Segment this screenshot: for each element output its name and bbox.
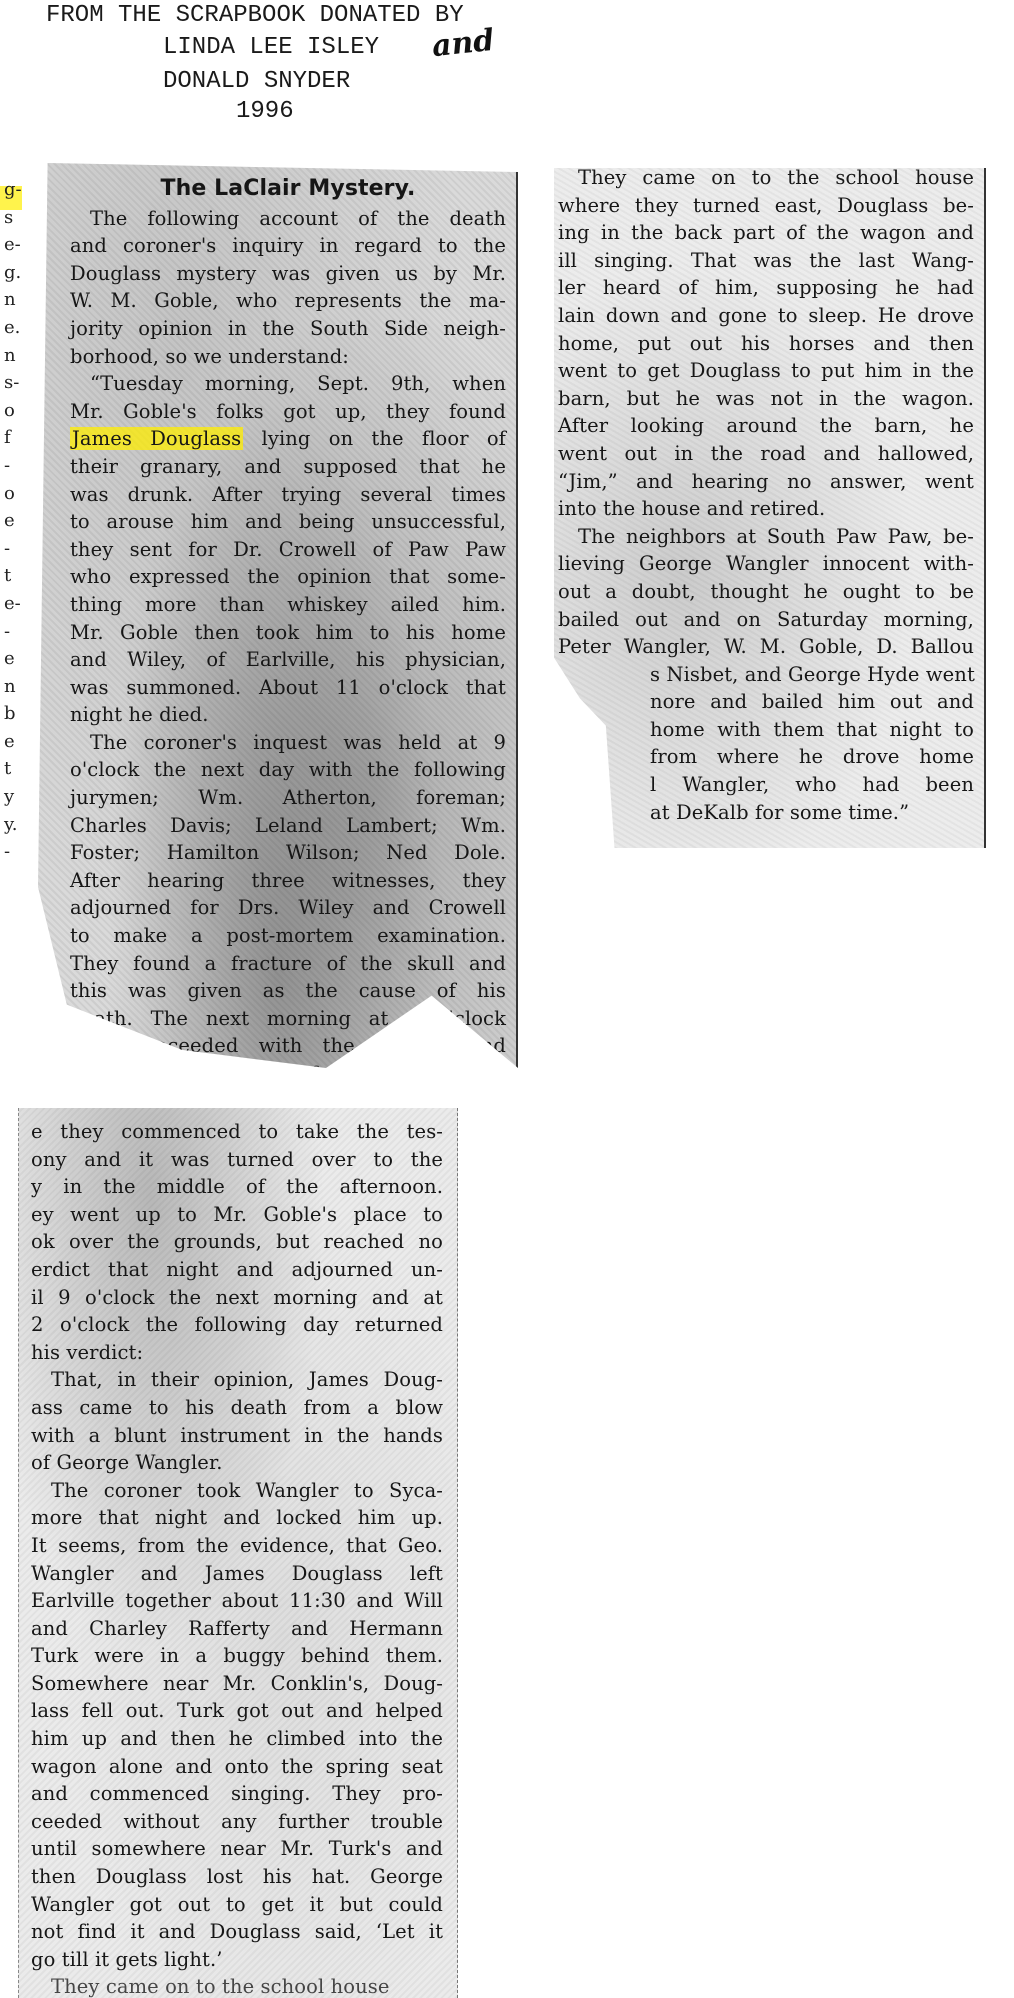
text-line: The coroner took Wangler to Syca- [31,1477,443,1505]
text-line: this was given as the cause of his [70,977,506,1005]
text-line: thing more than whiskey ailed him. [70,591,506,619]
header-line-3: DONALD SNYDER [163,68,350,96]
header-line-1: FROM THE SCRAPBOOK DONATED BY [46,2,464,30]
text-line: They came on to the school house [558,164,974,192]
edge-fragment: - [4,838,26,866]
clipping-column-2: They came on to the school housewhere th… [554,168,986,848]
text-line: “Jim,” and hearing no answer, went [558,468,974,496]
edge-fragment: n [4,673,26,701]
text-line: was summoned. About 11 o'clock that [70,674,506,702]
text-line: Foster; Hamilton Wilson; Ned Dole. [70,839,506,867]
text-line: erdict that night and adjourned un- [31,1256,443,1284]
text-line: Wangler and James Douglass left [31,1560,443,1588]
text-line: ok over the grounds, but reached no [31,1228,443,1256]
text-line: ill singing. That was the last Wang- [558,247,974,275]
text-line: and Charley Rafferty and Hermann [31,1615,443,1643]
edge-fragment: g- [4,176,26,204]
edge-fragment: y. [4,811,26,839]
edge-fragment: e [4,728,26,756]
text-line: not find it and Douglass said, ‘Let it [31,1918,443,1946]
text-line: e they commenced to take the tes- [31,1118,443,1146]
text-line: They found a fracture of the skull and [70,950,506,978]
text-line: to arouse him and being unsuccessful, [70,508,506,536]
edge-fragment: g. [4,259,26,287]
text-line: lieving George Wangler innocent with- [558,550,974,578]
edge-fragment: y [4,783,26,811]
article-column-1-bottom: e they commenced to take the tes-ony and… [31,1118,443,1998]
edge-fragment: e- [4,231,26,259]
handwritten-annotation: and [431,27,496,61]
clipping-column-1-top: The LaClair Mystery. The following accou… [38,163,518,1068]
edge-fragment: b [4,700,26,728]
text-line: ony and it was turned over to the [31,1146,443,1174]
text-line: They came on to the school house [31,1973,443,1998]
text-line: home with them that night to [558,716,974,744]
text-line: The coroner's inquest was held at 9 [70,729,506,757]
text-line: Turk were in a buggy behind them. [31,1642,443,1670]
text-line: adjourned for Drs. Wiley and Crowell [70,894,506,922]
text-line: they sent for Dr. Crowell of Paw Paw [70,536,506,564]
edge-fragment: - [4,452,26,480]
text-line: out a doubt, thought he ought to be [558,578,974,606]
article-column-2: They came on to the school housewhere th… [558,164,974,826]
edge-fragment: n [4,342,26,370]
article-column-1-top: The LaClair Mystery. The following accou… [70,169,506,1115]
text-line: o'clock the next day with the following [70,756,506,784]
text-line: y in the middle of the afternoon. [31,1173,443,1201]
text-line: Wangler got out to get it but could [31,1891,443,1919]
text-line: W. M. Goble, who represents the ma- [70,287,506,315]
edge-fragment: s [4,204,26,232]
left-column-fragment: g-se-g.ne.ns-of-oe-te--enbetyy.- [4,176,26,866]
text-line: go till it gets light.’ [31,1946,443,1974]
text-line: wagon alone and onto the spring seat [31,1753,443,1781]
text-line: barn, but he was not in the wagon. [558,385,974,413]
clipping-column-1-bottom: e they commenced to take the tes-ony and… [18,1108,458,1998]
text-line: ey went up to Mr. Goble's place to [31,1201,443,1229]
text-line: and Wiley, of Earlville, his physician, [70,646,506,674]
text-line: ing in the back part of the wagon and [558,219,974,247]
text-line: and coroner's inquiry in regard to the [70,232,506,260]
edge-fragment: e [4,645,26,673]
text-line: from where he drove home [558,743,974,771]
text-line: borhood, so we understand: [70,343,506,371]
text-line: 2 o'clock the following day returned [31,1311,443,1339]
edge-fragment: o [4,397,26,425]
text-line: who expressed the opinion that some- [70,563,506,591]
text-line: was drunk. After trying several times [70,481,506,509]
text-line: with a blunt instrument in the hands [31,1422,443,1450]
text-line: night he died. [70,701,506,729]
text-line: After looking around the barn, he [558,412,974,440]
edge-fragment: f [4,424,26,452]
text-line: jurymen; Wm. Atherton, foreman; [70,784,506,812]
text-line: his verdict: [31,1339,443,1367]
text-line: where they turned east, Douglass be- [558,192,974,220]
text-line: Somewhere near Mr. Conklin's, Doug- [31,1670,443,1698]
text-line: of George Wangler. [31,1449,443,1477]
text-line: l Wangler, who had been [558,771,974,799]
edge-fragment: - [4,535,26,563]
text-line: That, in their opinion, James Doug- [31,1366,443,1394]
text-line: jority opinion in the South Side neigh- [70,315,506,343]
text-line: Douglass mystery was given us by Mr. [70,260,506,288]
text-line: adjourned at 11 o'clock for th [70,1060,506,1088]
text-line: into the house and retired. [558,495,974,523]
text-line: at DeKalb for some time.” [558,799,974,827]
highlighted-name: James Douglass [70,427,243,450]
text-line: him up and then he climbed into the [31,1725,443,1753]
edge-fragment: n [4,286,26,314]
edge-fragment: t [4,755,26,783]
text-line: more that night and locked him up. [31,1504,443,1532]
text-line: Charles Davis; Leland Lambert; Wm. [70,812,506,840]
text-line: their granary, and supposed that he [70,453,506,481]
text-line: until somewhere near Mr. Turk's and [31,1835,443,1863]
header-year: 1996 [236,98,294,126]
text-line: lass fell out. Turk got out and helped [31,1697,443,1725]
text-line: nore and bailed him out and [558,688,974,716]
text-line: Mr. Goble's folks got up, they found [70,398,506,426]
edge-fragment: o [4,480,26,508]
text-line: death. The next morning at 9 o'clock [70,1005,506,1033]
text-line: home, put out his horses and then [558,330,974,358]
text-line: The neighbors at South Paw Paw, be- [558,523,974,551]
edge-fragment: t [4,562,26,590]
text-line: ceeded without any further trouble [31,1808,443,1836]
text-line: It seems, from the evidence, that Geo. [31,1532,443,1560]
text-line: went to get Douglass to put him in the [558,357,974,385]
text-line: lain down and gone to sleep. He drove [558,302,974,330]
text-line: to make a post-mortem examination. [70,922,506,950]
text-line: Peter Wangler, W. M. Goble, D. Ballou [558,633,974,661]
text-line: “Tuesday morning, Sept. 9th, when [70,370,506,398]
text-line: then Douglass lost his hat. George [31,1863,443,1891]
text-line: ler heard of him, supposing he had [558,274,974,302]
edge-fragment: - [4,618,26,646]
article-title: The LaClair Mystery. [70,175,506,203]
text-line: After hearing three witnesses, they [70,867,506,895]
text-line: Earlville together about 11:30 and Will [31,1587,443,1615]
text-line: and commenced singing. They pro- [31,1780,443,1808]
text-line: went out in the road and hallowed, [558,440,974,468]
text-line: s Nisbet, and George Hyde went [558,661,974,689]
text-line: Mr. Goble then took him to his home [70,619,506,647]
text-line: ass came to his death from a blow [31,1394,443,1422]
edge-fragment: e- [4,590,26,618]
edge-fragment: s- [4,369,26,397]
edge-fragment: e [4,507,26,535]
text-line: James Douglass lying on the floor of [70,425,506,453]
text-line: The following account of the death [70,205,506,233]
edge-fragment: e. [4,314,26,342]
header-line-2: LINDA LEE ISLEY [163,34,379,62]
text-line: il 9 o'clock the next morning and at [31,1284,443,1312]
text-line: they proceeded with the inquest and [70,1032,506,1060]
text-line: bailed out and on Saturday morning, [558,606,974,634]
